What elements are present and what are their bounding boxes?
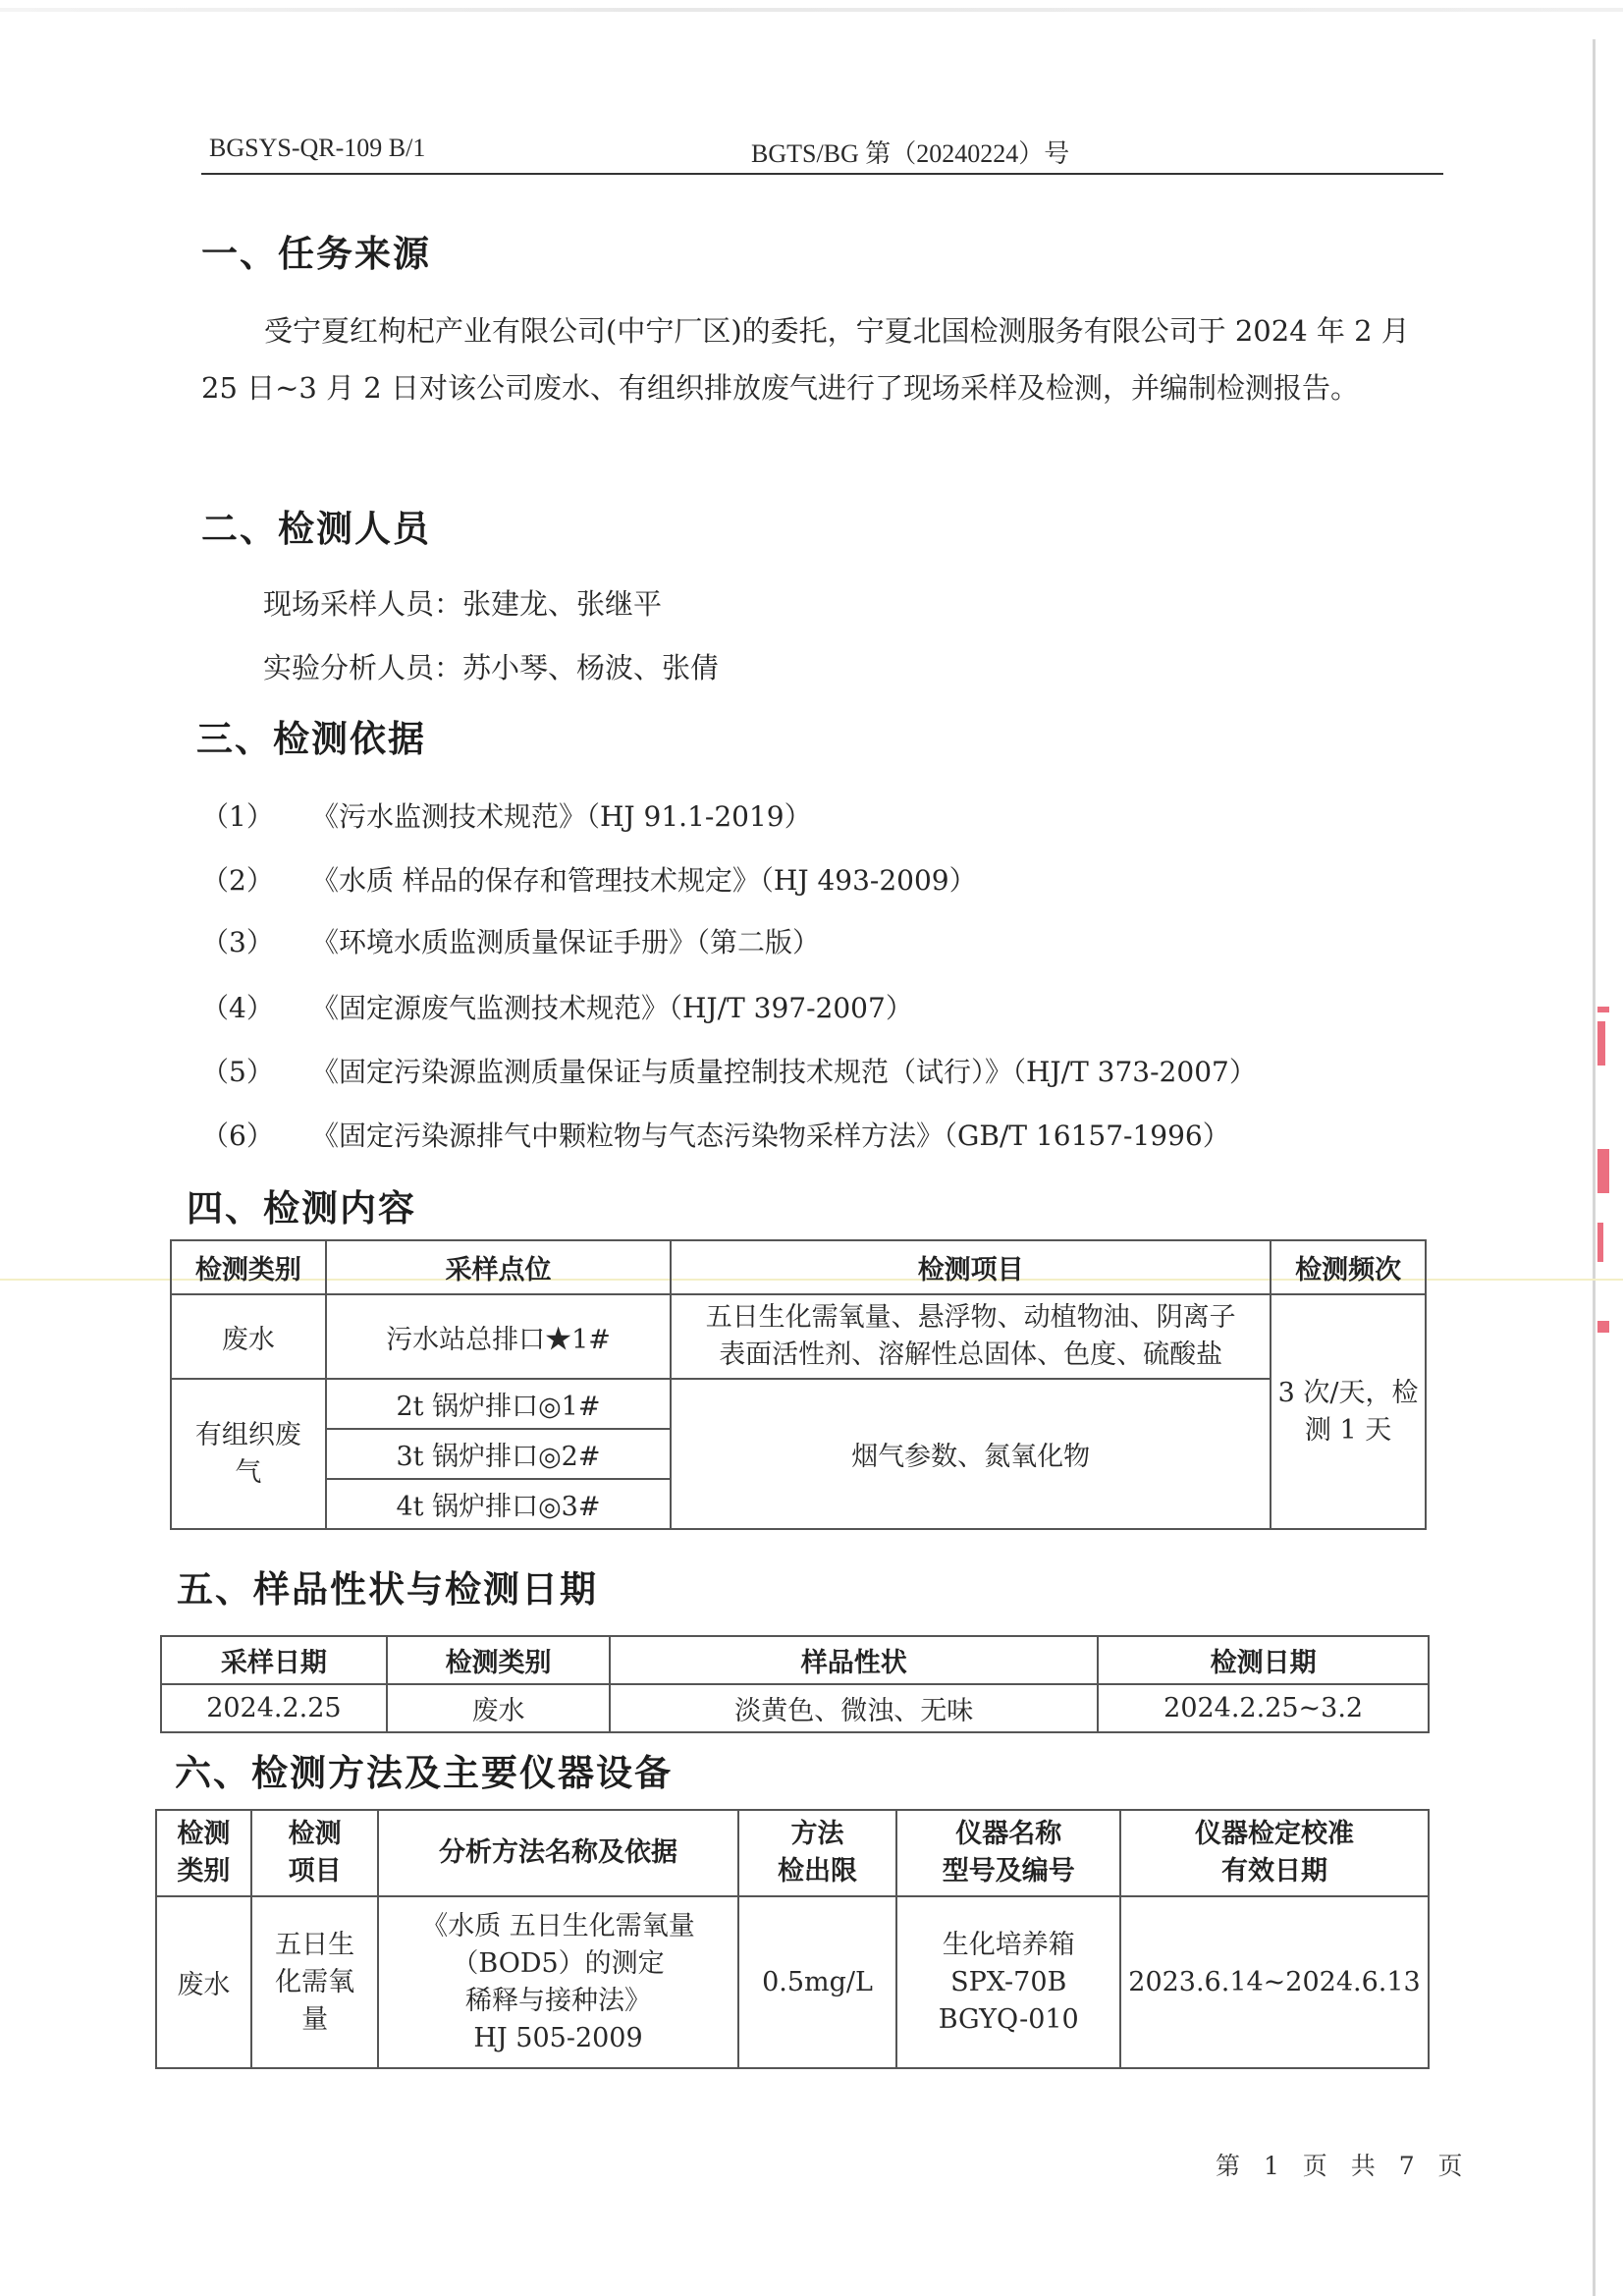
- report-number: BGTS/BG 第（20240224）号: [751, 134, 1069, 170]
- page-number: 第 1 页 共 7 页: [1216, 2147, 1471, 2182]
- samplers-names: 张建龙、张继平: [462, 587, 662, 621]
- analysts-line: 实验分析人员：苏小琴、杨波、张倩: [263, 646, 719, 686]
- method-cell: 《水质 五日生化需氧量 （BOD5）的测定 稀释与接种法》 HJ 505-200…: [378, 1896, 737, 2068]
- analysts-label: 实验分析人员：: [263, 651, 462, 684]
- item-cell: 五日生 化需氧 量: [251, 1896, 379, 2068]
- scan-edge-top: [0, 8, 1623, 12]
- table-row: 有组织废 气 2t 锅炉排口◎1# 烟气参数、氮氧化物: [171, 1379, 1426, 1429]
- reference-item: （4）《固定源废气监测技术规范》（HJ/T 397-2007）: [201, 987, 913, 1026]
- samplers-label: 现场采样人员：: [263, 587, 462, 621]
- section-title-basis: 三、检测依据: [196, 709, 426, 762]
- seal-fragment: [1597, 1149, 1609, 1193]
- section-title-sample-status: 五、样品性状与检测日期: [177, 1559, 598, 1613]
- section-title-methods: 六、检测方法及主要仪器设备: [175, 1743, 673, 1796]
- scan-edge-right: [1593, 39, 1596, 2296]
- col-header: 检测频次: [1271, 1240, 1426, 1294]
- section-title-content: 四、检测内容: [187, 1178, 416, 1231]
- table-row: 废水 污水站总排口★1# 五日生化需氧量、悬浮物、动植物油、阴离子 表面活性剂、…: [171, 1294, 1426, 1379]
- col-header: 样品性状: [610, 1636, 1098, 1684]
- samplers-line: 现场采样人员：张建龙、张继平: [263, 582, 662, 623]
- category-cell: 废水: [156, 1896, 251, 2068]
- col-header: 分析方法名称及依据: [378, 1810, 737, 1896]
- col-header: 仪器检定校准 有效日期: [1120, 1810, 1429, 1896]
- seal-fragment: [1597, 1021, 1605, 1066]
- point-cell: 2t 锅炉排口◎1#: [326, 1379, 671, 1429]
- sample-status-table: 采样日期 检测类别 样品性状 检测日期 2024.2.25 废水 淡黄色、微浊、…: [160, 1635, 1430, 1733]
- point-cell: 污水站总排口★1#: [326, 1294, 671, 1379]
- items-cell: 五日生化需氧量、悬浮物、动植物油、阴离子 表面活性剂、溶解性总固体、色度、硫酸盐: [671, 1294, 1271, 1379]
- reference-item: （5）《固定污染源监测质量保证与质量控制技术规范（试行）》（HJ/T 373-2…: [201, 1051, 1257, 1090]
- task-source-paragraph: 受宁夏红枸杞产业有限公司(中宁厂区)的委托，宁夏北国检测服务有限公司于 2024…: [201, 302, 1443, 416]
- reference-item: （1）《污水监测技术规范》（HJ 91.1-2019）: [201, 795, 812, 835]
- reference-item: （6）《固定污染源排气中颗粒物与气态污染物采样方法》（GB/T 16157-19…: [201, 1115, 1230, 1154]
- section-title-personnel: 二、检测人员: [201, 499, 431, 552]
- point-cell: 4t 锅炉排口◎3#: [326, 1479, 671, 1529]
- calibration-date-cell: 2023.6.14~2024.6.13: [1120, 1896, 1429, 2068]
- col-header: 检测 项目: [251, 1810, 379, 1896]
- category-cell: 有组织废 气: [171, 1379, 326, 1529]
- category-cell: 废水: [171, 1294, 326, 1379]
- category-cell: 废水: [387, 1684, 611, 1732]
- detection-limit-cell: 0.5mg/L: [738, 1896, 897, 2068]
- col-header: 检测类别: [171, 1240, 326, 1294]
- seal-fragment: [1597, 1321, 1609, 1333]
- form-code: BGSYS-QR-109 B/1: [209, 134, 425, 163]
- col-header: 方法 检出限: [738, 1810, 897, 1896]
- page-header: BGSYS-QR-109 B/1 BGTS/BG 第（20240224）号: [201, 130, 1443, 175]
- table-row: 2024.2.25 废水 淡黄色、微浊、无味 2024.2.25~3.2: [161, 1684, 1429, 1732]
- table-row: 废水 五日生 化需氧 量 《水质 五日生化需氧量 （BOD5）的测定 稀释与接种…: [156, 1896, 1429, 2068]
- seal-fragment: [1597, 1007, 1609, 1012]
- items-cell: 烟气参数、氮氧化物: [671, 1379, 1271, 1529]
- point-cell: 3t 锅炉排口◎2#: [326, 1429, 671, 1479]
- instrument-cell: 生化培养箱 SPX-70B BGYQ-010: [896, 1896, 1120, 2068]
- reference-item: （3）《环境水质监测质量保证手册》（第二版）: [201, 921, 820, 960]
- col-header: 检测项目: [671, 1240, 1271, 1294]
- sample-status-cell: 淡黄色、微浊、无味: [610, 1684, 1098, 1732]
- col-header: 检测日期: [1098, 1636, 1429, 1684]
- reference-item: （2）《水质 样品的保存和管理技术规定》（HJ 493-2009）: [201, 859, 977, 899]
- seal-fragment: [1597, 1223, 1603, 1262]
- col-header: 仪器名称 型号及编号: [896, 1810, 1120, 1896]
- col-header: 检测 类别: [156, 1810, 251, 1896]
- frequency-cell: 3 次/天，检 测 1 天: [1271, 1294, 1426, 1529]
- section-title-task-source: 一、任务来源: [201, 224, 431, 277]
- col-header: 采样日期: [161, 1636, 387, 1684]
- test-date-cell: 2024.2.25~3.2: [1098, 1684, 1429, 1732]
- methods-equipment-table: 检测 类别 检测 项目 分析方法名称及依据 方法 检出限 仪器名称 型号及编号 …: [155, 1809, 1430, 2069]
- col-header: 检测类别: [387, 1636, 611, 1684]
- detection-content-table: 检测类别 采样点位 检测项目 检测频次 废水 污水站总排口★1# 五日生化需氧量…: [170, 1239, 1427, 1530]
- analysts-names: 苏小琴、杨波、张倩: [462, 651, 719, 684]
- col-header: 采样点位: [326, 1240, 671, 1294]
- sampling-date-cell: 2024.2.25: [161, 1684, 387, 1732]
